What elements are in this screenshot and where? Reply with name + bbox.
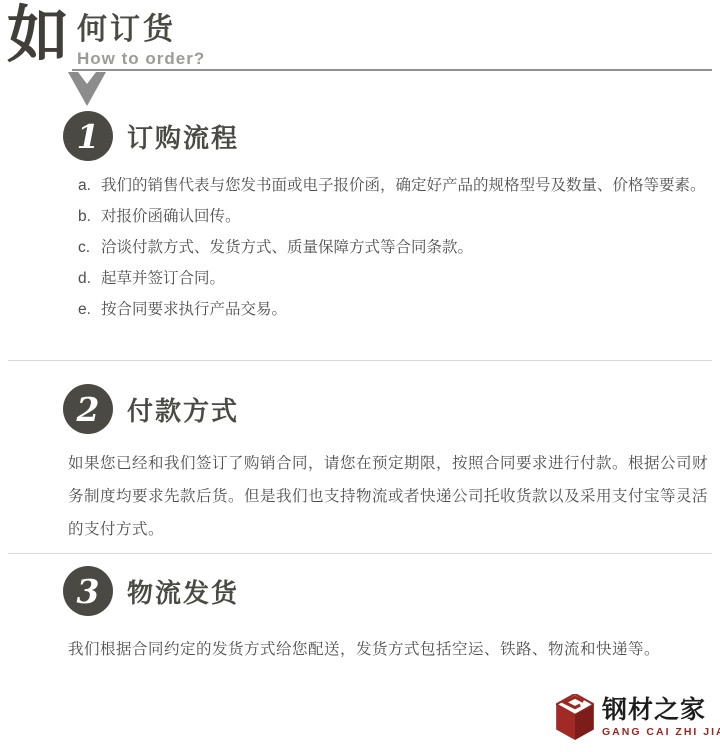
- section-divider: [8, 360, 712, 361]
- list-item-letter: e.: [78, 301, 101, 319]
- section-2-header: 2 付款方式: [63, 384, 239, 434]
- list-item-text: 我们的销售代表与您发书面或电子报价函，确定好产品的规格型号及数量、价格等要素。: [101, 177, 706, 195]
- section-1-header: 1 订购流程: [63, 111, 239, 161]
- list-item-a: a. 我们的销售代表与您发书面或电子报价函，确定好产品的规格型号及数量、价格等要…: [78, 177, 706, 195]
- list-item-d: d. 起草并签订合同。: [78, 270, 706, 288]
- step-number-badge-2: 2: [63, 384, 113, 434]
- brand-text: 钢材之家 GANG CAI ZHI JIA: [602, 696, 720, 738]
- brand-name: 钢材之家: [602, 696, 720, 724]
- brand-tagline: GANG CAI ZHI JIA: [602, 726, 720, 738]
- shipping-paragraph: 我们根据合同约定的发货方式给您配送，发货方式包括空运、铁路、物流和快递等。: [68, 633, 716, 666]
- step-number-badge-3: 3: [63, 566, 113, 616]
- list-item-letter: d.: [78, 270, 101, 288]
- section-3-title: 物流发货: [127, 573, 239, 610]
- payment-paragraph: 如果您已经和我们签订了购销合同，请您在预定期限，按照合同要求进行付款。根据公司财…: [68, 447, 716, 546]
- section-3-header: 3 物流发货: [63, 566, 239, 616]
- list-item-text: 对报价函确认回传。: [101, 208, 706, 226]
- list-item-text: 洽谈付款方式、发货方式、质量保障方式等合同条款。: [101, 239, 706, 257]
- steel-home-cube-icon: [556, 694, 594, 740]
- header-big-char: 如: [7, 2, 69, 70]
- page-subtitle: How to order?: [77, 49, 205, 69]
- brand-logo: 钢材之家 GANG CAI ZHI JIA: [556, 694, 720, 740]
- header-rule: [72, 69, 712, 71]
- list-item-b: b. 对报价函确认回传。: [78, 208, 706, 226]
- page-header: 何订货 How to order?: [77, 13, 205, 69]
- page: 如 何订货 How to order? 1 订购流程 a. 我们的销售代表与您发…: [0, 0, 720, 752]
- list-item-text: 起草并签订合同。: [101, 270, 706, 288]
- section-1-title: 订购流程: [127, 118, 239, 155]
- page-title: 何订货: [77, 13, 205, 47]
- list-item-e: e. 按合同要求执行产品交易。: [78, 301, 706, 319]
- section-divider: [8, 553, 712, 554]
- list-item-letter: c.: [78, 239, 101, 257]
- section-2-title: 付款方式: [127, 391, 239, 428]
- order-steps-list: a. 我们的销售代表与您发书面或电子报价函，确定好产品的规格型号及数量、价格等要…: [78, 177, 706, 332]
- list-item-c: c. 洽谈付款方式、发货方式、质量保障方式等合同条款。: [78, 239, 706, 257]
- list-item-letter: b.: [78, 208, 101, 226]
- list-item-text: 按合同要求执行产品交易。: [101, 301, 706, 319]
- list-item-letter: a.: [78, 177, 101, 195]
- chevron-down-icon: [68, 72, 106, 108]
- step-number-badge-1: 1: [63, 111, 113, 161]
